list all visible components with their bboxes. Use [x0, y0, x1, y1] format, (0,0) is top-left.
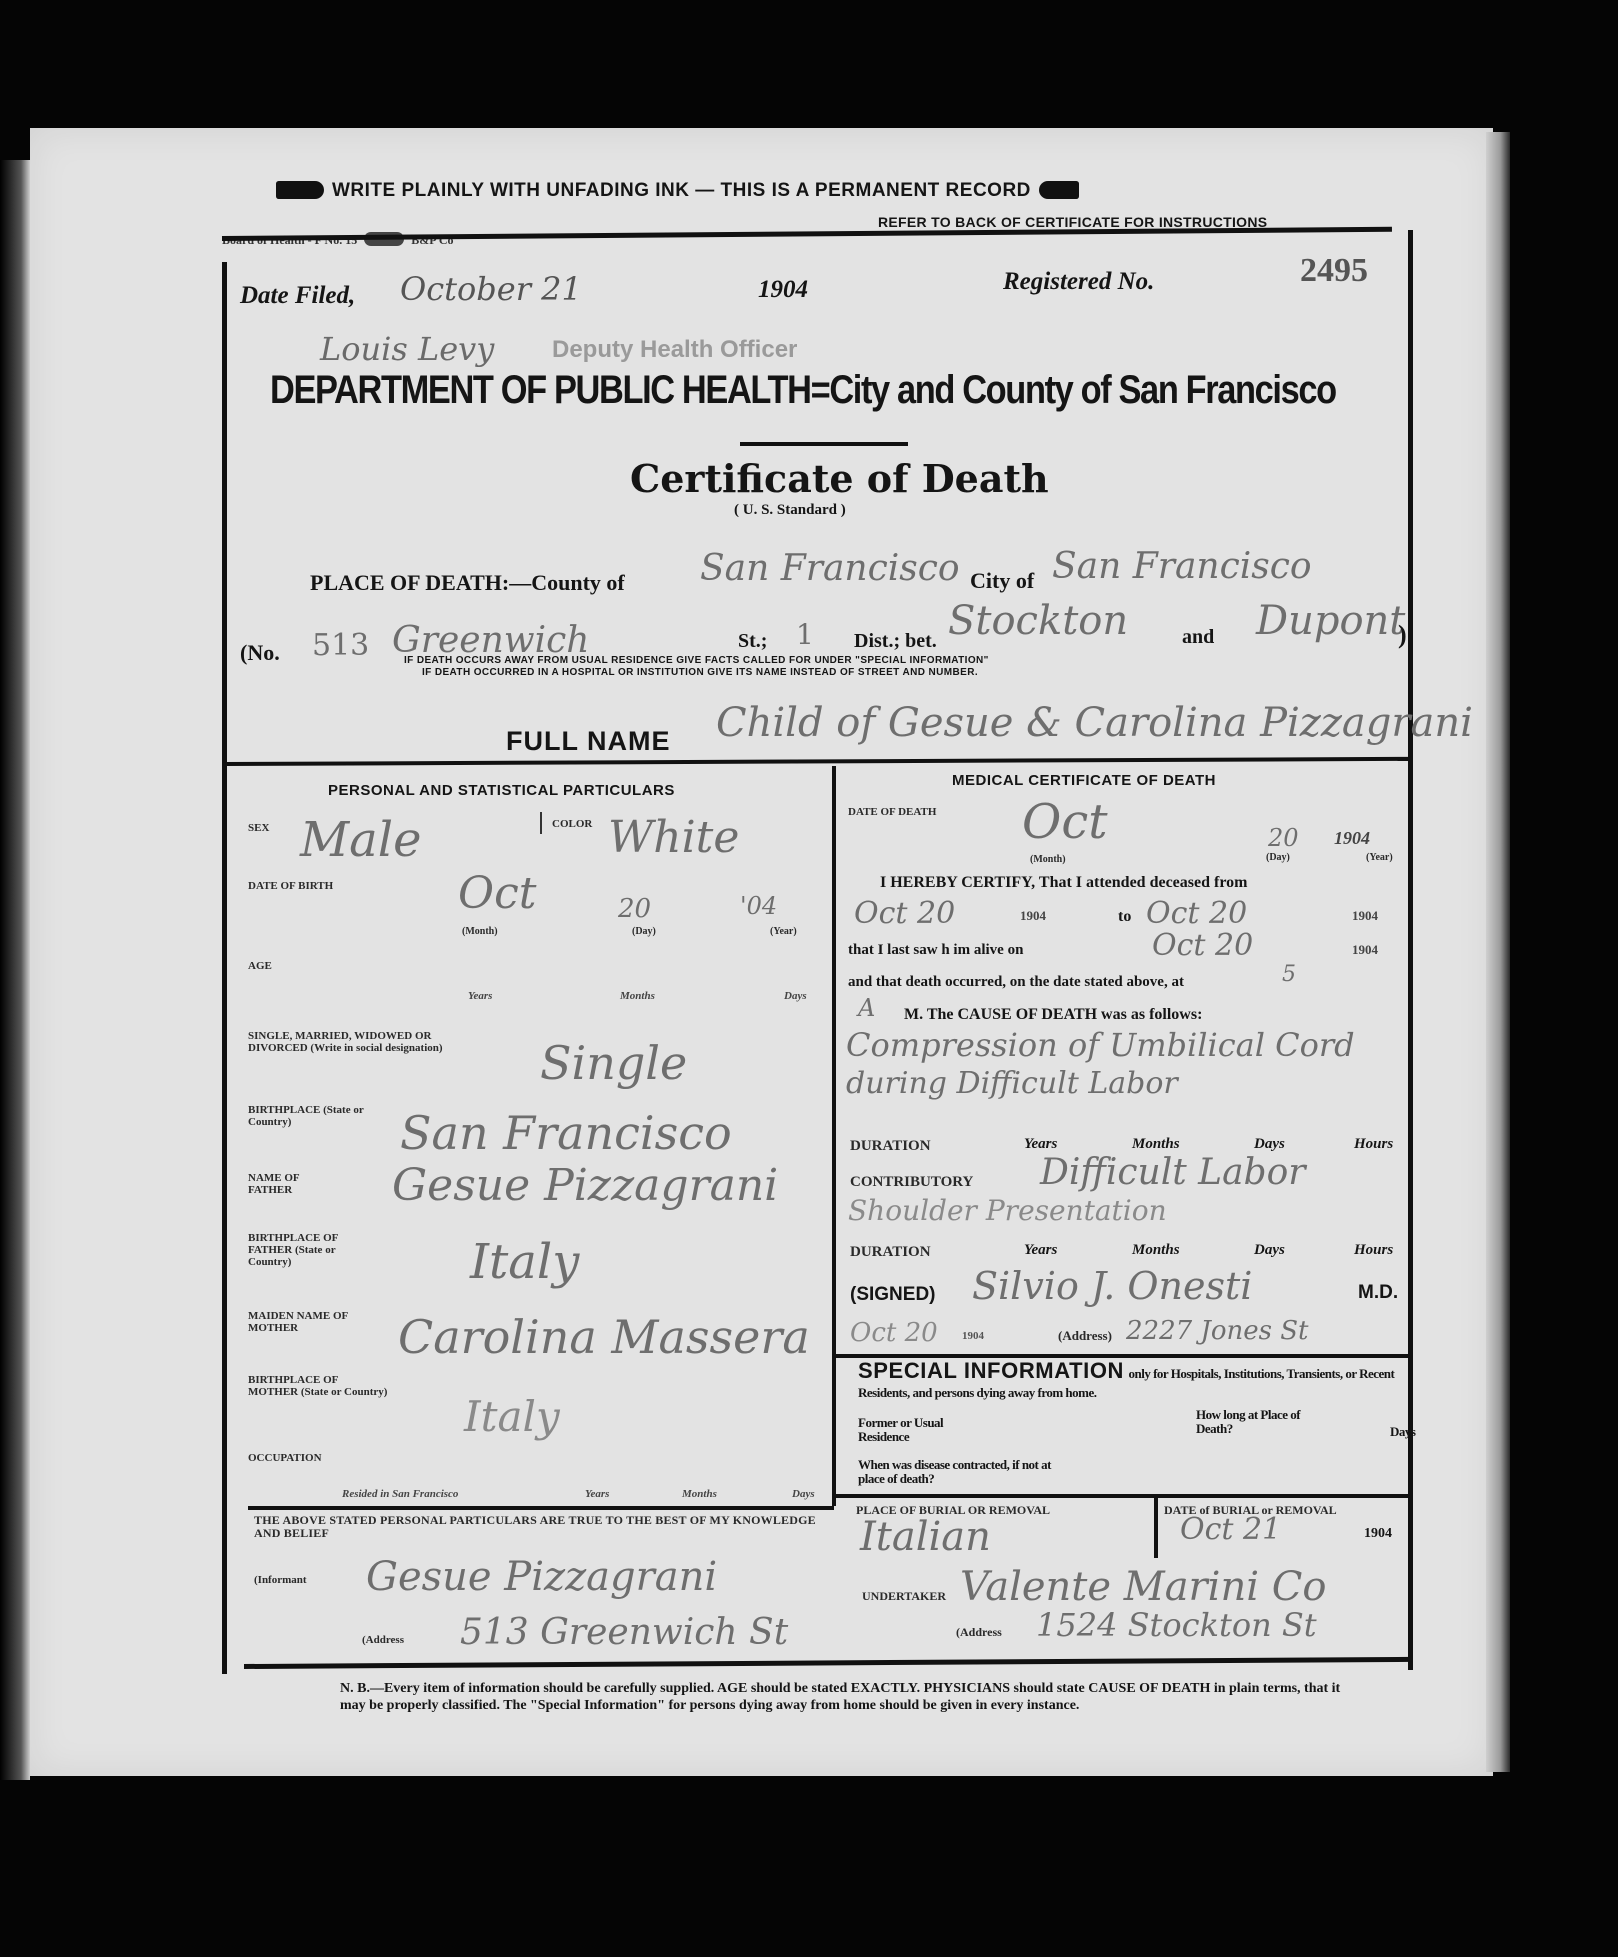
footnote-text: N. B.—Every item of information should b…: [340, 1681, 1340, 1713]
father-label: NAME OF FATHER: [248, 1172, 338, 1196]
ward-value: 1: [796, 618, 814, 651]
duration-hours-2: Hours: [1354, 1242, 1393, 1259]
color-value: White: [608, 812, 739, 863]
resided-years: Years: [585, 1488, 609, 1500]
duration-hours-1: Hours: [1354, 1136, 1393, 1153]
undertaker-address: 1524 Stockton St: [1036, 1606, 1317, 1644]
dob-day-caption: (Day): [632, 926, 656, 938]
death-year: 1904: [1334, 828, 1370, 849]
contracted-label: When was disease contracted, if not at p…: [858, 1458, 1058, 1486]
between-street-1: Stockton: [948, 598, 1128, 644]
to-label: to: [1118, 908, 1131, 926]
informant-statement: THE ABOVE STATED PERSONAL PARTICULARS AR…: [254, 1514, 834, 1540]
close-paren: ): [1398, 620, 1407, 650]
dob-month: Oct: [458, 868, 536, 919]
undertaker-name: Valente Marini Co: [960, 1564, 1326, 1610]
street-number-label: (No.: [240, 640, 280, 666]
city-label: City of: [970, 568, 1034, 594]
marital-label: SINGLE, MARRIED, WIDOWED OR DIVORCED (Wr…: [248, 1030, 478, 1054]
informant-label: (Informant: [254, 1574, 307, 1586]
registered-label: Registered No.: [1003, 268, 1154, 296]
dob-year-caption: (Year): [770, 926, 797, 938]
resided-days: Days: [792, 1488, 815, 1500]
dob-month-caption: (Month): [462, 926, 498, 938]
filing-year: 1904: [758, 276, 808, 304]
place-of-death-label: PLACE OF DEATH:—County of: [310, 570, 625, 596]
undertaker-label: UNDERTAKER: [862, 1590, 946, 1602]
burial-column-divider: [1154, 1496, 1158, 1558]
death-month: Oct: [1022, 794, 1108, 850]
former-residence-label: Former or Usual Residence: [858, 1416, 968, 1444]
mother-value: Carolina Massera: [398, 1310, 810, 1364]
dob-label: DATE OF BIRTH: [248, 880, 333, 892]
physician-address-label: (Address): [1058, 1330, 1112, 1342]
district-label: Dist.; bet.: [854, 630, 937, 653]
date-filed-label: Date Filed,: [240, 282, 355, 310]
age-days-caption: Days: [784, 990, 807, 1002]
last-saw-text: that I last saw h im alive on: [848, 942, 1023, 959]
burial-place: Italian: [860, 1514, 991, 1560]
place-notes: IF DEATH OCCURS AWAY FROM USUAL RESIDENC…: [382, 655, 989, 679]
duration-days-2: Days: [1254, 1242, 1285, 1259]
and-label: and: [1182, 626, 1214, 649]
resided-label: Resided in San Francisco: [342, 1488, 458, 1500]
father-birthplace-value: Italy: [470, 1234, 579, 1290]
marital-value: Single: [540, 1036, 687, 1090]
burial-date: Oct 21: [1180, 1512, 1281, 1547]
pointing-hand-icon: [276, 181, 324, 199]
death-day: 20: [1268, 824, 1299, 852]
resided-months: Months: [682, 1488, 717, 1500]
color-label: COLOR: [552, 818, 592, 830]
officer-title: Deputy Health Officer: [552, 336, 797, 364]
personal-heading: PERSONAL AND STATISTICAL PARTICULARS: [328, 782, 675, 799]
death-hour: 5: [1282, 962, 1296, 987]
cause-intro: M. The CAUSE OF DEATH was as follows:: [904, 1006, 1202, 1024]
informant-divider: [248, 1506, 834, 1510]
father-value: Gesue Pizzagrani: [392, 1160, 778, 1211]
date-filed-value: October 21: [400, 270, 582, 308]
registered-number: 2495: [1300, 252, 1368, 290]
physician-address: 2227 Jones St: [1126, 1316, 1309, 1346]
mother-birthplace-label: BIRTHPLACE OF MOTHER (State or Country): [248, 1374, 388, 1398]
duration-months-1: Months: [1132, 1136, 1180, 1153]
cause-line-2: during Difficult Labor: [846, 1066, 1178, 1101]
contributory-label: CONTRIBUTORY: [850, 1176, 973, 1188]
full-name-label: FULL NAME: [506, 726, 671, 757]
death-month-caption: (Month): [1030, 854, 1066, 866]
informant-address: 513 Greenwich St: [460, 1612, 788, 1653]
dob-day: 20: [618, 894, 651, 924]
signed-label: (SIGNED): [850, 1284, 936, 1306]
sex-color-divider: [540, 812, 542, 834]
death-year-caption: (Year): [1366, 852, 1393, 864]
informant-address-label: (Address: [362, 1634, 404, 1646]
pointing-hand-icon: [1039, 181, 1079, 199]
duration-days-1: Days: [1254, 1136, 1285, 1153]
standard-subtitle: ( U. S. Standard ): [734, 502, 846, 519]
city-value: San Francisco: [1052, 546, 1312, 587]
contributory-1: Difficult Labor: [1040, 1152, 1305, 1193]
book-binding-shadow: [0, 160, 30, 1780]
street-number-value: 513: [312, 628, 369, 663]
mother-birthplace-value: Italy: [464, 1392, 560, 1441]
header-warning: WRITE PLAINLY WITH UNFADING INK — THIS I…: [276, 180, 1079, 202]
department-title: DEPARTMENT OF PUBLIC HEALTH=City and Cou…: [270, 368, 1336, 413]
attended-from-year: 1904: [1020, 908, 1046, 924]
footnote: N. B.—Every item of information should b…: [270, 1680, 1350, 1714]
county-value: San Francisco: [700, 548, 960, 589]
death-occurred-text: and that death occurred, on the date sta…: [848, 974, 1184, 991]
medical-heading: MEDICAL CERTIFICATE OF DEATH: [952, 772, 1216, 789]
death-date-label: DATE OF DEATH: [848, 806, 936, 818]
duration-years-2: Years: [1024, 1242, 1057, 1259]
title-divider: [740, 442, 908, 446]
warning-text: WRITE PLAINLY WITH UNFADING INK — THIS I…: [332, 180, 1031, 201]
birthplace-label: BIRTHPLACE (State or Country): [248, 1104, 368, 1128]
special-info-block: SPECIAL INFORMATION only for Hospitals, …: [858, 1358, 1406, 1402]
death-day-caption: (Day): [1266, 852, 1290, 864]
dob-year: '04: [740, 892, 777, 920]
attended-to-year: 1904: [1352, 908, 1378, 924]
occupation-label: OCCUPATION: [248, 1452, 322, 1464]
age-months-caption: Months: [620, 990, 655, 1002]
signed-date: Oct 20: [850, 1318, 938, 1348]
attended-to-date: Oct 20: [1146, 896, 1247, 931]
duration-label-1: DURATION: [850, 1140, 931, 1152]
father-birthplace-label: BIRTHPLACE OF FATHER (State or Country): [248, 1232, 378, 1268]
md-label: M.D.: [1358, 1282, 1398, 1304]
meridiem-mark: A: [858, 994, 875, 1022]
full-name-value: Child of Gesue & Carolina Pizzagrani: [716, 700, 1473, 746]
sex-value: Male: [300, 812, 422, 868]
street-label: St.;: [738, 630, 767, 653]
undertaker-address-label: (Address: [956, 1626, 1002, 1638]
duration-label-2: DURATION: [850, 1246, 931, 1258]
burial-year: 1904: [1364, 1526, 1392, 1542]
days-label: Days: [1390, 1424, 1415, 1440]
how-long-label: How long at Place of Death?: [1196, 1408, 1306, 1436]
duration-years-1: Years: [1024, 1136, 1057, 1153]
special-heading: SPECIAL INFORMATION: [858, 1358, 1124, 1383]
birthplace-value: San Francisco: [400, 1106, 732, 1160]
informant-name: Gesue Pizzagrani: [366, 1554, 717, 1600]
attended-from-date: Oct 20: [854, 896, 955, 931]
last-saw-year: 1904: [1352, 942, 1378, 958]
certificate-title: Certificate of Death: [630, 456, 1049, 501]
burial-divider: [836, 1494, 1412, 1498]
contributory-2: Shoulder Presentation: [848, 1194, 1167, 1227]
age-label: AGE: [248, 960, 272, 972]
sex-label: SEX: [248, 822, 269, 834]
page-edge: [1486, 132, 1510, 1772]
cause-line-1: Compression of Umbilical Cord: [846, 1026, 1355, 1064]
place-note-1: IF DEATH OCCURS AWAY FROM USUAL RESIDENC…: [382, 655, 989, 667]
left-border: [222, 262, 227, 1674]
age-years-caption: Years: [468, 990, 492, 1002]
column-divider: [832, 766, 836, 1506]
mother-label: MAIDEN NAME OF MOTHER: [248, 1310, 388, 1334]
between-street-2: Dupont: [1256, 598, 1405, 644]
right-border: [1408, 230, 1413, 1670]
physician-signature: Silvio J. Onesti: [972, 1264, 1252, 1308]
signed-year: 1904: [962, 1330, 984, 1342]
last-saw-date: Oct 20: [1152, 928, 1253, 963]
place-note-2: IF DEATH OCCURRED IN A HOSPITAL OR INSTI…: [382, 667, 989, 679]
certify-text: I HEREBY CERTIFY, That I attended deceas…: [880, 874, 1247, 892]
officer-signature: Louis Levy: [320, 330, 494, 368]
duration-months-2: Months: [1132, 1242, 1180, 1259]
